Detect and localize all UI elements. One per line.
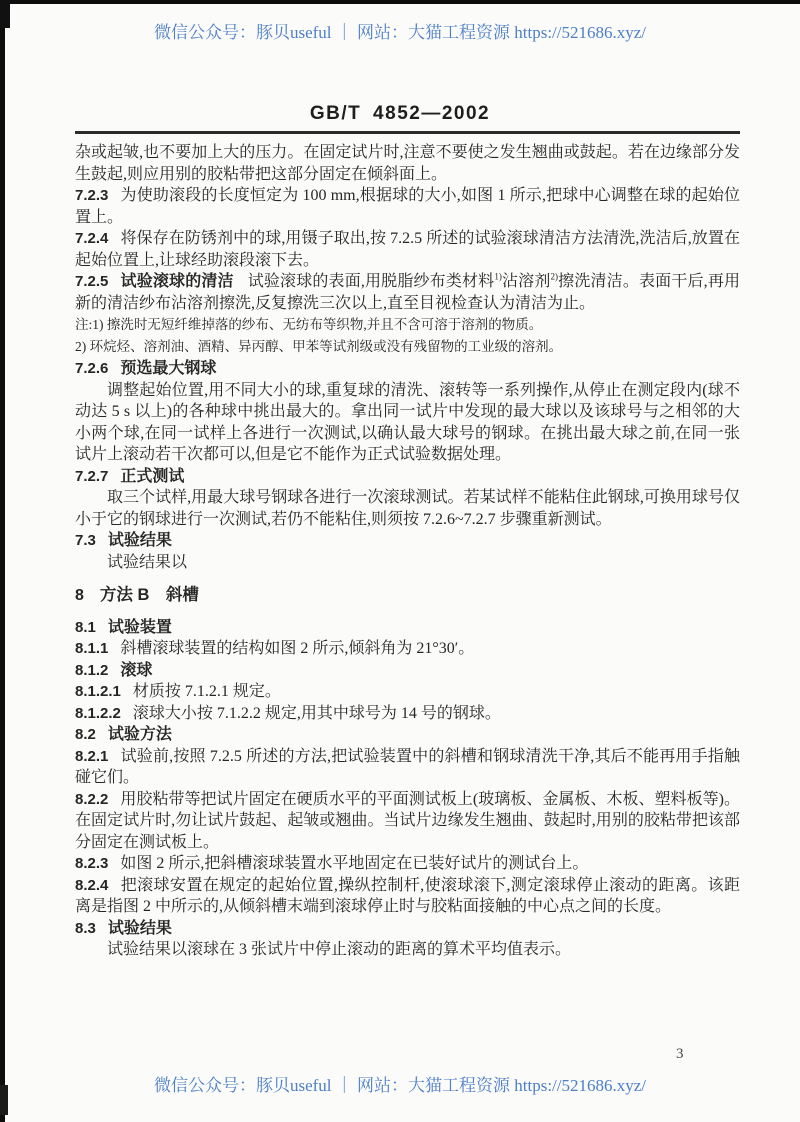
clause-number: 8.2.4 [75,877,108,894]
clause-8-2-1: 8.2.1试验前,按照 7.2.5 所述的方法,把试验装置中的斜槽和钢球清洗干净… [75,746,740,789]
scan-border-left [0,0,5,1122]
heading-8-1-2: 8.1.2滚球 [75,660,740,682]
clause-7-2-5: 7.2.5试验滚球的清洁试验滚球的表面,用脱脂纱布类材料1)沾溶剂2)擦洗清洁。… [75,271,740,314]
document-page: 微信公众号：豚贝useful ｜ 网站：大猫工程资源 https://52168… [0,0,800,1122]
clause-8-2-4: 8.2.4把滚球安置在规定的起始位置,操纵控制杆,使滚球滚下,测定滚球停止滚动的… [75,875,740,918]
paragraph: 调整起始位置,用不同大小的球,重复球的清洗、滚转等一系列操作,从停止在测定段内(… [75,380,740,466]
footnote-ref-1: 1) [494,272,502,282]
clause-text: 斜槽滚球装置的结构如图 2 所示,倾斜角为 21°30′。 [120,640,474,657]
clause-7-2-4: 7.2.4将保存在防锈剂中的球,用镊子取出,按 7.2.5 所述的试验滚球清洁方… [75,228,740,271]
clause-7-2-3: 7.2.3为使助滚段的长度恒定为 100 mm,根据球的大小,如图 1 所示,把… [75,185,740,228]
heading-title: 正式测试 [120,468,184,485]
header-rule [75,131,740,134]
page-number: 3 [676,1046,684,1063]
chapter-title: 方法 B 斜槽 [100,586,199,604]
chapter-8: 8方法 B 斜槽 [75,585,740,607]
clause-text: 为使助滚段的长度恒定为 100 mm,根据球的大小,如图 1 所示,把球中心调整… [75,187,740,226]
heading-title: 滚球 [120,662,152,679]
clause-number: 7.2.5 [75,273,108,290]
heading-8-1: 8.1试验装置 [75,617,740,639]
clause-8-1-2-2: 8.1.2.2滚球大小按 7.1.2.2 规定,用其中球号为 14 号的钢球。 [75,703,740,725]
clause-8-1-2-1: 8.1.2.1材质按 7.1.2.1 规定。 [75,681,740,703]
clause-number: 7.2.6 [75,360,108,377]
chapter-number: 8 [75,587,84,604]
clause-text: 试验滚球的表面,用脱脂纱布类材料 [248,273,495,290]
clause-text: 将保存在防锈剂中的球,用镊子取出,按 7.2.5 所述的试验滚球清洁方法清洗,洗… [75,230,740,269]
heading-8-2: 8.2试验方法 [75,724,740,746]
note-2: 2) 环烷烃、溶剂油、酒精、异丙醇、甲苯等试剂级或没有残留物的工业级的溶剂。 [75,336,740,358]
clause-title: 试验滚球的清洁 [120,273,233,290]
clause-text: 沾溶剂 [502,273,551,290]
clause-number: 7.2.7 [75,468,108,485]
clause-number: 8.1.1 [75,640,108,657]
clause-text: 把滚球安置在规定的起始位置,操纵控制杆,使滚球滚下,测定滚球停止滚动的距离。该距… [75,877,740,916]
heading-7-2-6: 7.2.6预选最大钢球 [75,358,740,380]
watermark-bottom: 微信公众号：豚贝useful ｜ 网站：大猫工程资源 https://52168… [0,1071,800,1096]
clause-text: 试验前,按照 7.2.5 所述的方法,把试验装置中的斜槽和钢球清洗干净,其后不能… [75,748,740,787]
standard-number: GB/T 4852—2002 [0,103,800,125]
clause-8-2-3: 8.2.3如图 2 所示,把斜槽滚球装置水平地固定在已装好试片的测试台上。 [75,853,740,875]
clause-number: 7.3 [75,532,96,549]
paragraph-continuation: 杂或起皱,也不要加上大的压力。在固定试片时,注意不要使之发生翘曲或鼓起。若在边缘… [75,142,740,185]
clause-number: 8.2.2 [75,791,108,808]
watermark-top: 微信公众号：豚贝useful ｜ 网站：大猫工程资源 https://52168… [0,18,800,43]
heading-title: 试验结果 [108,920,172,937]
heading-title: 试验装置 [108,619,172,636]
paragraph: 试验结果以 [75,552,740,574]
clause-text: 用胶粘带等把试片固定在硬质水平的平面测试板上(玻璃板、金属板、木板、塑料板等)。… [75,791,740,851]
footnote-ref-2: 2) [551,272,559,282]
clause-number: 8.1.2 [75,662,108,679]
document-body: 杂或起皱,也不要加上大的压力。在固定试片时,注意不要使之发生翘曲或鼓起。若在边缘… [75,142,740,961]
scan-border-top [0,0,800,4]
clause-text: 滚球大小按 7.1.2.2 规定,用其中球号为 14 号的钢球。 [133,705,501,722]
paragraph: 试验结果以滚球在 3 张试片中停止滚动的距离的算术平均值表示。 [75,939,740,961]
clause-number: 8.2 [75,726,96,743]
clause-text: 如图 2 所示,把斜槽滚球装置水平地固定在已装好试片的测试台上。 [120,855,588,872]
clause-number: 7.2.3 [75,187,108,204]
heading-7-3: 7.3试验结果 [75,530,740,552]
clause-number: 8.2.3 [75,855,108,872]
clause-8-2-2: 8.2.2用胶粘带等把试片固定在硬质水平的平面测试板上(玻璃板、金属板、木板、塑… [75,789,740,854]
heading-title: 预选最大钢球 [120,360,216,377]
note-1: 注:1) 擦洗时无短纤维掉落的纱布、无纺布等织物,并且不含可溶于溶剂的物质。 [75,314,740,336]
heading-8-3: 8.3试验结果 [75,918,740,940]
heading-7-2-7: 7.2.7正式测试 [75,466,740,488]
clause-number: 8.1 [75,619,96,636]
clause-text: 材质按 7.1.2.1 规定。 [133,683,281,700]
heading-title: 试验结果 [108,532,172,549]
clause-number: 8.2.1 [75,748,108,765]
clause-number: 8.1.2.1 [75,683,121,700]
paragraph: 取三个试样,用最大球号钢球各进行一次滚球测试。若某试样不能粘住此钢球,可换用球号… [75,487,740,530]
heading-title: 试验方法 [108,726,172,743]
clause-number: 7.2.4 [75,230,108,247]
clause-number: 8.1.2.2 [75,705,121,722]
clause-number: 8.3 [75,920,96,937]
clause-8-1-1: 8.1.1斜槽滚球装置的结构如图 2 所示,倾斜角为 21°30′。 [75,638,740,660]
